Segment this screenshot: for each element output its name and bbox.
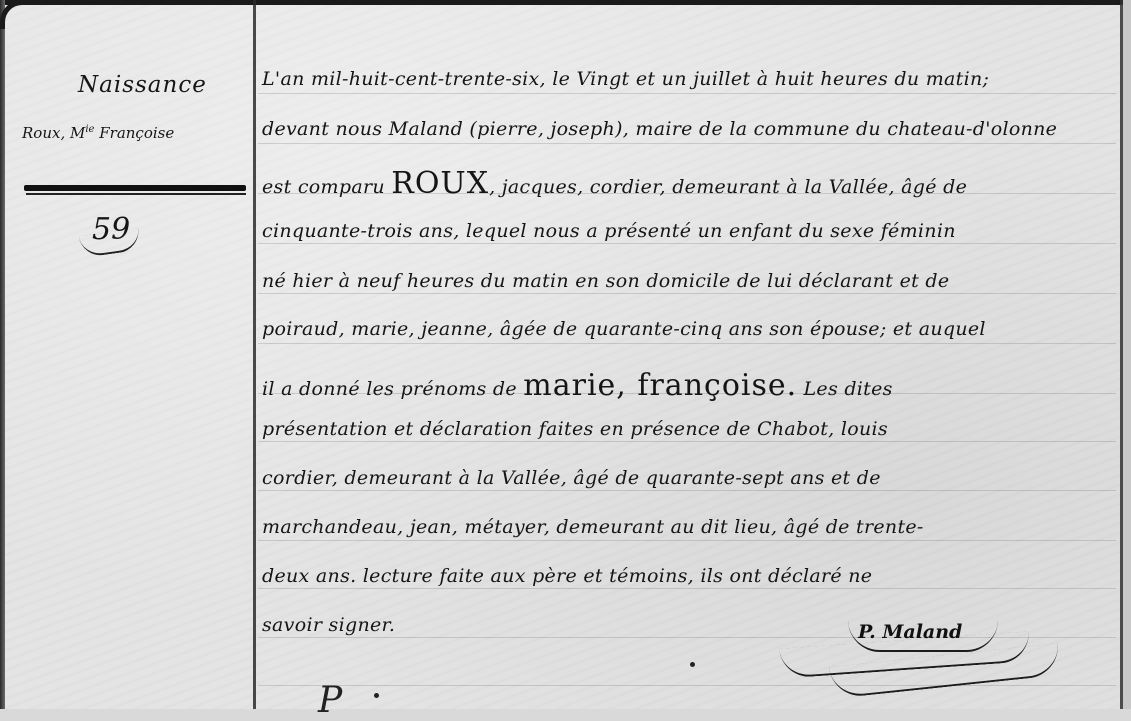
record-line-9: cordier, demeurant à la Vallée, âgé de q… [262, 467, 881, 489]
right-page-strip [1123, 0, 1131, 709]
ruled-line [258, 540, 1116, 541]
margin-surname: Roux, M [22, 124, 85, 142]
ruled-line [258, 490, 1116, 491]
margin-heading: Naissance [78, 72, 207, 98]
page-edge-top [0, 0, 1131, 5]
margin-double-rule-thin [26, 193, 246, 195]
record-line-7-start: il a donné les prénoms de [262, 378, 517, 400]
ruled-line [258, 293, 1116, 294]
scanned-register-page: Naissance Roux, Mie Françoise 59 L'an mi… [0, 0, 1131, 709]
record-line-10: marchandeau, jean, métayer, demeurant au… [262, 516, 924, 538]
record-line-1: L'an mil-huit-cent-trente-six, le Vingt … [262, 68, 989, 90]
record-line-4: cinquante-trois ans, lequel nous a prése… [262, 220, 956, 242]
ink-dot [374, 693, 379, 698]
ink-dot [690, 662, 695, 667]
record-line-3-start: est comparu [262, 176, 385, 198]
father-surname: ROUX [391, 166, 489, 201]
record-line-8: présentation et déclaration faites en pr… [262, 418, 888, 440]
record-line-11: deux ans. lecture faite aux père et témo… [262, 565, 872, 587]
record-line-7: il a donné les prénoms de marie, françoi… [262, 368, 893, 403]
ruled-line [258, 343, 1116, 344]
record-line-5: né hier à neuf heures du matin en son do… [262, 270, 949, 292]
record-line-12: savoir signer. [262, 614, 395, 636]
ruled-line [258, 93, 1116, 94]
ruled-line [258, 588, 1116, 589]
ruled-line [258, 143, 1116, 144]
margin-superscript: ie [85, 124, 94, 135]
record-line-3: est comparu ROUX, jacques, cordier, deme… [262, 166, 967, 201]
page-edge-left [0, 0, 5, 709]
entry-number-flourish [79, 228, 141, 258]
margin-given-name: Françoise [99, 124, 174, 142]
next-entry-initial: P [318, 680, 342, 709]
record-line-3-rest: , jacques, cordier, demeurant à la Vallé… [489, 176, 967, 198]
margin-double-rule [24, 185, 246, 191]
child-given-names: marie, françoise. [523, 368, 797, 403]
ruled-line [258, 243, 1116, 244]
margin-rule [253, 0, 256, 709]
record-line-7-rest: Les dites [797, 378, 893, 400]
ruled-line [258, 441, 1116, 442]
record-line-6: poiraud, marie, jeanne, âgée de quarante… [262, 318, 986, 340]
margin-subject-name: Roux, Mie Françoise [22, 124, 174, 142]
record-line-2: devant nous Maland (pierre, joseph), mai… [262, 118, 1057, 140]
ruled-line [258, 685, 1116, 686]
